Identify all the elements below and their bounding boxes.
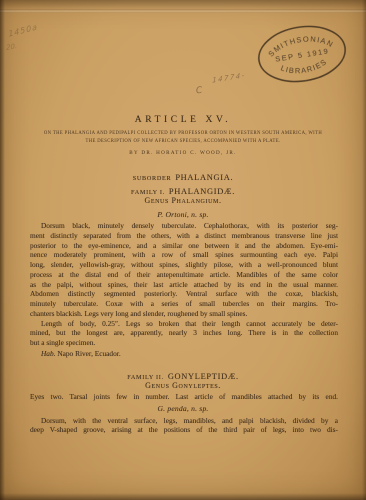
habitat-value: Napo River, Ecuador. — [55, 349, 120, 358]
text-line: chanters blackish. Legs very long and sl… — [30, 309, 338, 319]
habitat-line: Hab. Napo River, Ecuador. — [30, 349, 338, 359]
stamp-institution: SMITHSONIAN — [265, 30, 337, 59]
measurements-paragraph: Length of body, 0.25″. Legs so broken th… — [30, 319, 338, 348]
text-line: nence moderately prominent, with a row o… — [30, 250, 338, 260]
text-line: deep V-shaped groove, arising at the pos… — [30, 425, 338, 435]
habitat-label: Hab. — [41, 349, 55, 358]
subtitle-line-2: THE DESCRIPTION OF NEW AFRICAN SPECIES, … — [0, 139, 366, 144]
description-paragraph-1: Dorsum black, minutely densely tubercula… — [30, 221, 338, 319]
text-line: Dorsum, with the ventral surface, legs, … — [30, 416, 338, 426]
family-1-name: PHALANGIDÆ. — [169, 187, 235, 196]
byline: BY DR. HORATIO C. WOOD, JR. — [0, 150, 366, 156]
text-line: as the palpi, without spines, their last… — [30, 280, 338, 290]
description-paragraph-2: Dorsum, with the ventral surface, legs, … — [30, 416, 338, 436]
genus-2-diagnosis: Eyes two. Tarsal joints few in number. L… — [30, 392, 338, 402]
stamp-date: SEP 5 1919 — [275, 46, 330, 63]
family-2-name: GONYLEPTIDÆ. — [168, 372, 239, 381]
stamp-libraries: LIBRARIES — [278, 56, 330, 78]
text-line: process at the distal end of their antep… — [30, 270, 338, 280]
genus-1-heading: Genus Phalangium. — [0, 196, 366, 205]
pencil-catalog-number: 14774- — [212, 71, 246, 84]
genus-2-heading: Genus Gonyleptes. — [0, 381, 366, 390]
subtitle-line-1: ON THE PHALANGIA AND PEDIPALPI COLLECTED… — [0, 131, 366, 136]
pencil-letter-c: C — [195, 86, 202, 97]
paper-crease — [0, 9, 366, 13]
family-2-label: FAMILY II. — [127, 374, 164, 381]
text-line: long, slender, yellowish-gray, without s… — [30, 260, 338, 270]
library-stamp: SMITHSONIAN SEP 5 1919 LIBRARIES — [250, 14, 353, 94]
scanned-journal-page: 1450a 20. C 14774- SMITHSONIAN SEP 5 191… — [0, 0, 366, 500]
text-line: ment distinctly separated from the other… — [30, 231, 338, 241]
text-line: Abdomen distinctly segmented posteriorly… — [30, 289, 338, 299]
text-line: Eyes two. Tarsal joints few in number. L… — [30, 392, 338, 402]
text-line: posterior to the eye-eminence, and a sim… — [30, 241, 338, 251]
text-line: but a single specimen. — [30, 338, 338, 348]
text-line: Length of body, 0.25″. Legs so broken th… — [30, 319, 338, 329]
species-1-heading: P. Ortoni, n. sp. — [0, 210, 366, 219]
article-title: ARTICLE XV. — [0, 115, 366, 125]
species-2-heading: G. penda, n. sp. — [0, 404, 366, 413]
pencil-accession-number: 1450a — [8, 22, 38, 38]
text-line: Dorsum black, minutely densely tubercula… — [30, 221, 338, 231]
stamp-oval — [255, 21, 349, 88]
text-line: minutely tuberculate. Coxæ with a series… — [30, 299, 338, 309]
text-line: mined, but the longest are, apparently, … — [30, 328, 338, 338]
family-1-label: FAMILY I. — [131, 189, 165, 196]
pencil-number: 20. — [6, 42, 18, 52]
